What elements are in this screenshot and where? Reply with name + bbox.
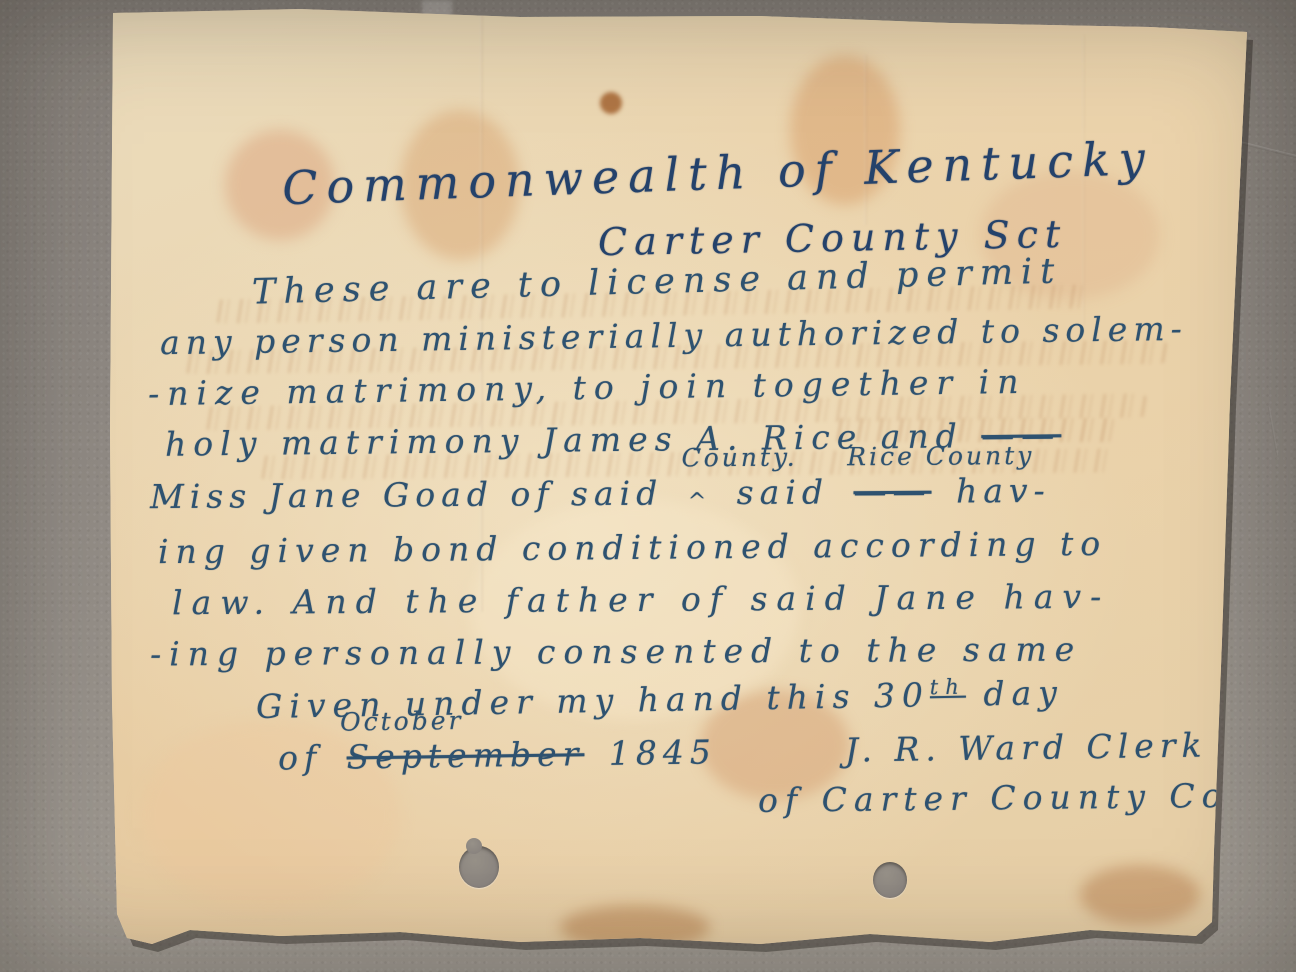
line7-struck-word: ——: [853, 472, 931, 512]
clerk-signature: J. R. Ward Clerk: [845, 726, 1208, 770]
punch-hole-left: [459, 846, 499, 888]
handwritten-line-12: of October September 1845 J. R. Ward Cle…: [278, 726, 1208, 778]
ordinal-suffix: th: [930, 675, 966, 700]
caret-mark: ^: [688, 489, 713, 514]
line7-text: said: [737, 472, 830, 512]
interlinear-correction-month: October September: [346, 734, 584, 776]
line11-text: day: [966, 673, 1065, 714]
line7-text: hav-: [956, 471, 1051, 511]
inserted-words-rice-county: Rice County: [847, 441, 1034, 471]
handwritten-line-13: of Carter County Court: [758, 775, 1296, 820]
stain: [1080, 865, 1200, 925]
photo-of-document: Commonwealth of Kentucky Carter County S…: [0, 0, 1296, 972]
backdrop-seam-right-lower: [1268, 406, 1279, 456]
interlinear-insertion-county: County. ^: [688, 473, 713, 512]
interlinear-insertion-rice-county: Rice County ——: [853, 472, 931, 512]
punch-hole-left-notch: [466, 838, 482, 854]
stain: [600, 92, 622, 114]
line12-text: of: [278, 738, 323, 778]
spacer: [734, 762, 829, 763]
line12-year: 1845: [609, 732, 718, 773]
struck-word-september: September: [346, 734, 584, 776]
handwritten-line-10: -ing personally consented to the same: [150, 630, 1082, 674]
inserted-word-county: County.: [681, 443, 797, 473]
inserted-word-october: October: [340, 706, 464, 737]
handwritten-line-9: law. And the father of said Jane hav-: [172, 577, 1110, 623]
punch-hole-right: [873, 862, 907, 898]
handwritten-line-8: ing given bond conditioned according to: [158, 524, 1108, 571]
line6-text: holy matrimony James A. Rice and: [165, 416, 964, 463]
document-paper: Commonwealth of Kentucky Carter County S…: [0, 0, 1296, 972]
handwritten-line-7: Miss Jane Goad of said County. ^ said Ri…: [150, 471, 1051, 516]
line7-text: Miss Jane Goad of said: [150, 474, 664, 517]
